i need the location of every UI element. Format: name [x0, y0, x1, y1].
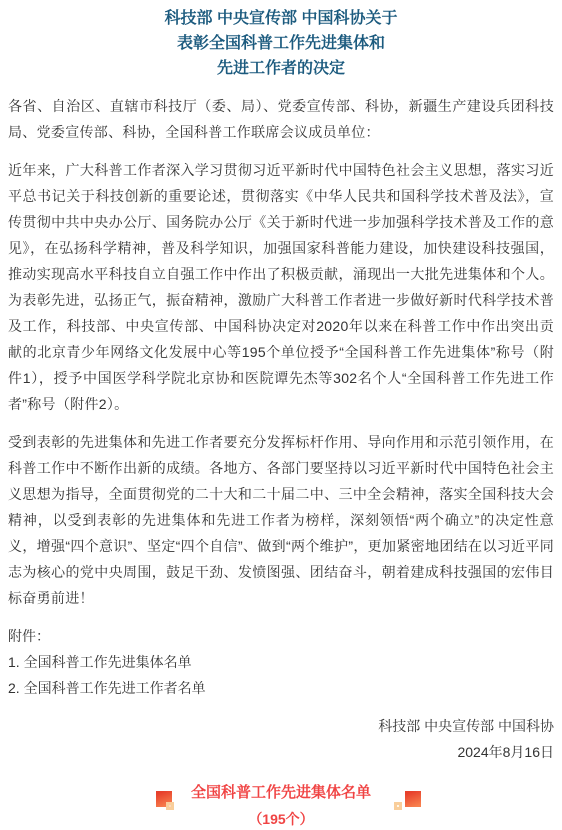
outlined-square-shape [394, 802, 402, 810]
document-page: 科技部 中央宣传部 中国科协关于 表彰全国科普工作先进集体和 先进工作者的决定 … [0, 0, 562, 830]
annex-heading: 全国科普工作先进集体名单 （195个） [8, 779, 554, 830]
attachment-label: 附件： [8, 623, 554, 649]
attachment-section: 附件： 1. 全国科普工作先进集体名单 2. 全国科普工作先进工作者名单 [8, 623, 554, 701]
title-line-2: 表彰全国科普工作先进集体和 [8, 31, 554, 56]
overlapping-squares-icon [394, 791, 421, 818]
filled-square-shape [405, 791, 421, 807]
title-line-1: 科技部 中央宣传部 中国科协关于 [8, 6, 554, 31]
signature-date: 2024年8月16日 [8, 739, 554, 765]
body-paragraph-1: 近年来，广大科普工作者深入学习贯彻习近平新时代中国特色社会主义思想，落实习近平总… [8, 157, 554, 417]
signature-block: 科技部 中央宣传部 中国科协 2024年8月16日 [8, 713, 554, 765]
title-line-3: 先进工作者的决定 [8, 56, 554, 81]
attachment-item-1: 1. 全国科普工作先进集体名单 [8, 649, 554, 675]
overlapping-squares-icon [156, 791, 183, 818]
salutation-paragraph: 各省、自治区、直辖市科技厅（委、局）、党委宣传部、科协，新疆生产建设兵团科技局、… [8, 93, 554, 145]
signature-issuers: 科技部 中央宣传部 中国科协 [8, 713, 554, 739]
outlined-square-shape [166, 802, 174, 810]
document-title: 科技部 中央宣传部 中国科协关于 表彰全国科普工作先进集体和 先进工作者的决定 [8, 6, 554, 81]
body-paragraph-2: 受到表彰的先进集体和先进工作者要充分发挥标杆作用、导向作用和示范引领作用，在科普… [8, 429, 554, 611]
attachment-item-2: 2. 全国科普工作先进工作者名单 [8, 675, 554, 701]
annex-title: 全国科普工作先进集体名单 [8, 781, 554, 805]
annex-count: （195个） [8, 807, 554, 830]
